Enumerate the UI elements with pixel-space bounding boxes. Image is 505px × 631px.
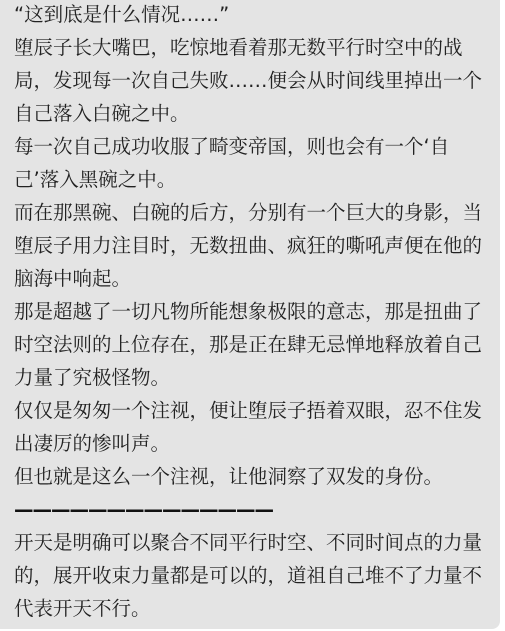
paragraph: 但也就是这么一个注视，让他洞察了双发的身份。 — [14, 460, 486, 493]
separator-line: —————————————— — [14, 493, 486, 526]
text-card: “这到底是什么情况……” 堕辰子长大嘴巴，吃惊地看着那无数平行时空中的战局，发现… — [0, 0, 500, 629]
article-body: “这到底是什么情况……” 堕辰子长大嘴巴，吃惊地看着那无数平行时空中的战局，发现… — [14, 0, 486, 625]
paragraph: “这到底是什么情况……” — [14, 0, 486, 31]
paragraph: 堕辰子长大嘴巴，吃惊地看着那无数平行时空中的战局，发现每一次自己失败……便会从时… — [14, 31, 486, 130]
paragraph: 而在那黑碗、白碗的后方，分别有一个巨大的身影，当堕辰子用力注目时，无数扭曲、疯狂… — [14, 196, 486, 295]
paragraph: 每一次自己成功收服了畸变帝国，则也会有一个‘自己’落入黑碗之中。 — [14, 130, 486, 196]
paragraph: 那是超越了一切凡物所能想象极限的意志，那是扭曲了时空法则的上位存在，那是正在肆无… — [14, 295, 486, 394]
author-comment: 开天是明确可以聚合不同平行时空、不同时间点的力量的，展开收束力量都是可以的，道祖… — [14, 526, 486, 625]
paragraph: 仅仅是匆匆一个注视，便让堕辰子捂着双眼，忍不住发出凄厉的惨叫声。 — [14, 394, 486, 460]
